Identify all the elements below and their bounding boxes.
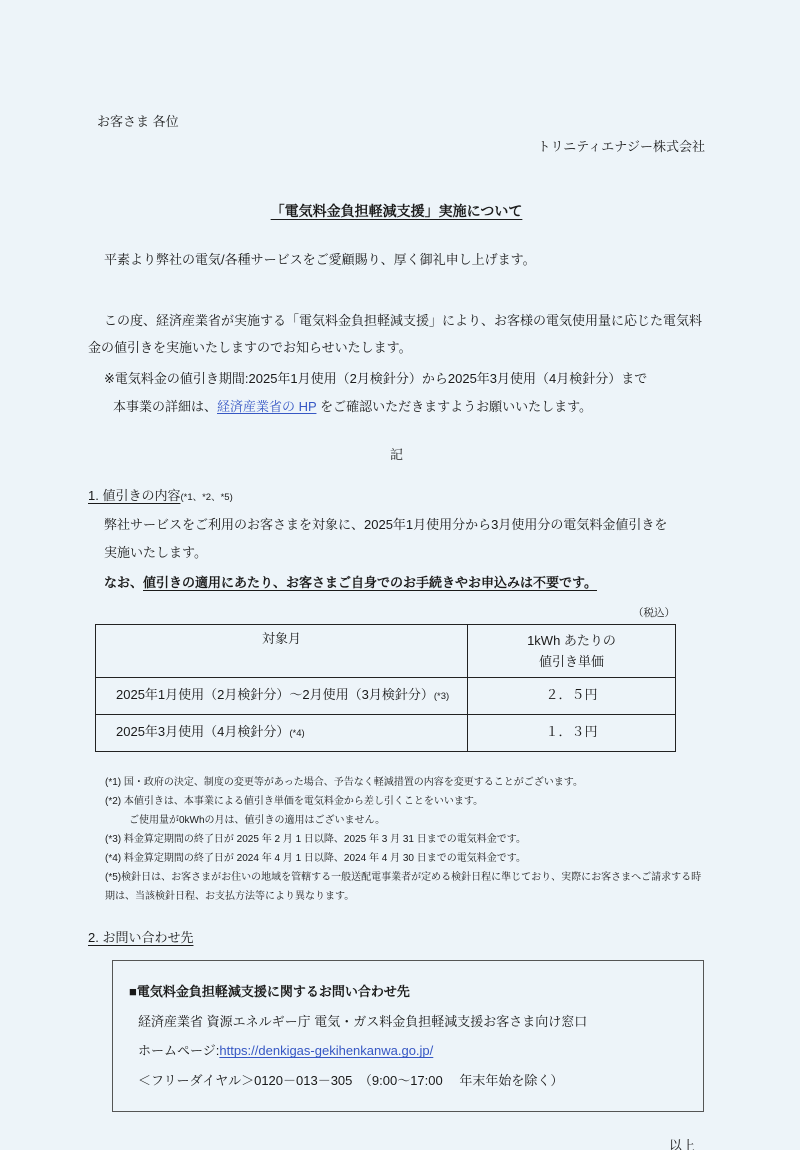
month-cell: 2025年3月使用（4月検針分）(*4) (96, 715, 468, 752)
price-cell: ２．５円 (468, 678, 676, 715)
section1-heading-text: 1. 値引きの内容 (88, 488, 180, 503)
no-procedure-underlined: 値引きの適用にあたり、お客さまご自身でのお手続きやお申込みは不要です。 (143, 575, 597, 590)
homepage-link[interactable]: https://denkigas-gekihenkanwa.go.jp/ (219, 1043, 433, 1058)
page-title-text: 「電気料金負担軽減支援」実施について (271, 203, 523, 219)
no-procedure-prefix: なお、 (104, 575, 143, 590)
table-header-unit-price-line2: 値引き単価 (472, 651, 671, 672)
footnote: (*3) 料金算定期間の終了日が 2025 年 2 月 1 日以降、2025 年… (105, 830, 711, 849)
no-procedure-note: なお、値引きの適用にあたり、お客さまご自身でのお手続きやお申込みは不要です。 (88, 574, 705, 593)
meti-hp-link[interactable]: 経済産業省の HP (217, 399, 316, 414)
section1-body-line1: 弊社サービスをご利用のお客さまを対象に、2025年1月使用分から3月使用分の電気… (88, 511, 705, 539)
month-footnote-ref: (*4) (289, 728, 304, 739)
table-header-unit-price: 1kWh あたりの 値引き単価 (468, 625, 676, 678)
company-name: トリニティエナジー株式会社 (88, 138, 705, 157)
tax-included-label: （税込） (88, 606, 675, 621)
footnote: (*1) 国・政府の決定、制度の変更等があった場合、予告なく軽減措置の内容を変更… (105, 773, 711, 792)
contact-box-title: ■電気料金負担軽減支援に関するお問い合わせ先 (129, 983, 689, 1002)
greeting-paragraph: 平素より弊社の電気/各種サービスをご愛顧賜り、厚く御礼申し上げます。 (88, 251, 705, 270)
footnote: (*5)検針日は、お客さまがお住いの地域を管轄する一般送配電事業者が定める検針日… (105, 868, 711, 906)
table-header-unit-price-line1: 1kWh あたりの (472, 630, 671, 651)
page-title: 「電気料金負担軽減支援」実施について (88, 201, 705, 221)
section1-heading-note: (*1、*2、*5) (180, 492, 232, 503)
discount-period-note: ※電気料金の値引き期間:2025年1月使用（2月検針分）から2025年3月使用（… (88, 370, 705, 389)
section2-heading-text: 2. お問い合わせ先 (88, 930, 193, 945)
table-header-month: 対象月 (96, 625, 468, 678)
announcement-paragraph: この度、経済産業省が実施する「電気料金負担軽減支援」により、お客様の電気使用量に… (88, 307, 705, 361)
month-cell: 2025年1月使用（2月検針分）～2月使用（3月検針分）(*3) (96, 678, 468, 715)
closing-mark: 以上 (88, 1137, 695, 1150)
month-text: 2025年3月使用（4月検針分） (116, 724, 289, 739)
detail-suffix: をご確認いただきますようお願いいたします。 (316, 399, 592, 414)
section1-body-line2: 実施いたします。 (88, 539, 705, 567)
contact-org: 経済産業省 資源エネルギー庁 電気・ガス料金負担軽減支援お客さま向け窓口 (129, 1013, 689, 1032)
table-row: 2025年3月使用（4月検針分）(*4) １．３円 (96, 715, 676, 752)
section2-heading: 2. お問い合わせ先 (88, 929, 705, 948)
footnote: (*2) 本値引きは、本事業による値引き単価を電気料金から差し引くことをいいます… (105, 792, 711, 811)
record-mark: 記 (88, 446, 705, 465)
footnote-continuation: ご使用量が0kWhの月は、値引きの適用はございません。 (105, 811, 711, 830)
document-page: お客さま 各位 トリニティエナジー株式会社 「電気料金負担軽減支援」実施について… (0, 0, 800, 1150)
recipient-line: お客さま 各位 (97, 113, 705, 132)
contact-box: ■電気料金負担軽減支援に関するお問い合わせ先 経済産業省 資源エネルギー庁 電気… (112, 960, 704, 1112)
homepage-label: ホームページ: (138, 1043, 219, 1058)
detail-prefix: 本事業の詳細は、 (113, 399, 217, 414)
month-footnote-ref: (*3) (434, 691, 449, 702)
table-header-row: 対象月 1kWh あたりの 値引き単価 (96, 625, 676, 678)
free-dial-line: ＜フリーダイヤル＞0120－013－305 （9:00～17:00 年末年始を除… (129, 1072, 689, 1091)
discount-table: 対象月 1kWh あたりの 値引き単価 2025年1月使用（2月検針分）～2月使… (95, 624, 676, 752)
footnote: (*4) 料金算定期間の終了日が 2024 年 4 月 1 日以降、2024 年… (105, 849, 711, 868)
detail-line: 本事業の詳細は、経済産業省の HP をご確認いただきますようお願いいたします。 (88, 398, 705, 417)
table-row: 2025年1月使用（2月検針分）～2月使用（3月検針分）(*3) ２．５円 (96, 678, 676, 715)
month-text: 2025年1月使用（2月検針分）～2月使用（3月検針分） (116, 687, 434, 702)
footnotes-block: (*1) 国・政府の決定、制度の変更等があった場合、予告なく軽減措置の内容を変更… (105, 773, 711, 906)
homepage-line: ホームページ:https://denkigas-gekihenkanwa.go.… (129, 1042, 689, 1061)
price-cell: １．３円 (468, 715, 676, 752)
section1-heading: 1. 値引きの内容(*1、*2、*5) (88, 487, 705, 506)
